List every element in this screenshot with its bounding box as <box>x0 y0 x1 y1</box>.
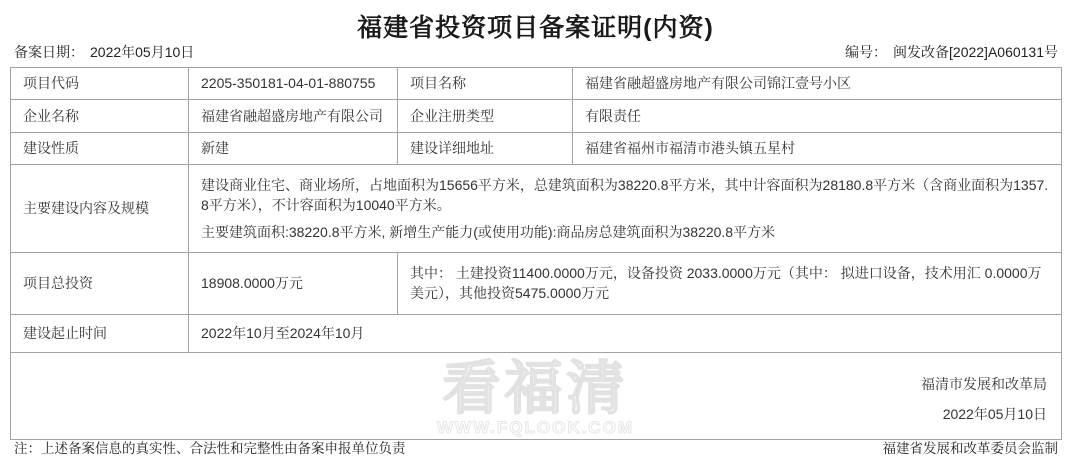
enterprise-type-label: 企业注册类型 <box>398 100 573 133</box>
certificate-number: 编号：闽发改备[2022]A060131号 <box>845 42 1058 62</box>
project-code-label: 项目代码 <box>11 68 189 100</box>
certificate-table: 项目代码 2205-350181-04-01-880755 项目名称 福建省融超… <box>10 67 1062 440</box>
table-row: 企业名称 福建省融超盛房地产有限公司 企业注册类型 有限责任 <box>11 100 1062 133</box>
footer-supervisor: 福建省发展和改革委员会监制 <box>883 437 1059 457</box>
certificate-number-label: 编号： <box>845 44 887 60</box>
table-row: 建设性质 新建 建设详细地址 福建省福州市福清市港头镇五星村 <box>11 133 1062 165</box>
construction-content-value: 建设商业住宅、商业场所，占地面积为15656平方米，总建筑面积为38220.8平… <box>189 165 1062 253</box>
construction-content-paragraph-1: 建设商业住宅、商业场所，占地面积为15656平方米，总建筑面积为38220.8平… <box>201 175 1051 216</box>
filing-date-label: 备案日期： <box>14 44 84 60</box>
signature-cell: 福清市发展和改革局 2022年05月10日 <box>11 352 1062 439</box>
footer-note: 注：上述备案信息的真实性、合法性和完整性由备案申报单位负责 <box>14 437 406 457</box>
enterprise-name-label: 企业名称 <box>11 100 189 133</box>
page-title: 福建省投资项目备案证明(内资) <box>0 8 1071 44</box>
header-meta-row: 备案日期：2022年05月10日 编号：闽发改备[2022]A060131号 <box>14 42 1058 62</box>
issuing-authority: 福清市发展和改革局 <box>23 369 1047 399</box>
certificate-number-value: 闽发改备[2022]A060131号 <box>893 44 1058 60</box>
construction-address-label: 建设详细地址 <box>398 133 573 165</box>
construction-content-paragraph-2: 主要建筑面积:38220.8平方米, 新增生产能力(或使用功能):商品房总建筑面… <box>201 222 1051 242</box>
issue-date: 2022年05月10日 <box>23 399 1047 429</box>
project-name-label: 项目名称 <box>398 68 573 100</box>
project-name-value: 福建省融超盛房地产有限公司锦江壹号小区 <box>573 68 1062 100</box>
project-code-value: 2205-350181-04-01-880755 <box>189 68 398 100</box>
construction-content-label: 主要建设内容及规模 <box>11 165 189 253</box>
table-row: 主要建设内容及规模 建设商业住宅、商业场所，占地面积为15656平方米，总建筑面… <box>11 165 1062 253</box>
enterprise-type-value: 有限责任 <box>573 100 1062 133</box>
total-investment-value: 18908.0000万元 <box>189 252 398 314</box>
construction-address-value: 福建省福州市福清市港头镇五星村 <box>573 133 1062 165</box>
construction-period-value: 2022年10月至2024年10月 <box>189 314 1062 352</box>
enterprise-name-value: 福建省融超盛房地产有限公司 <box>189 100 398 133</box>
filing-date: 备案日期：2022年05月10日 <box>14 42 194 62</box>
table-row: 项目总投资 18908.0000万元 其中： 土建投资11400.0000万元，… <box>11 252 1062 314</box>
table-row: 建设起止时间 2022年10月至2024年10月 <box>11 314 1062 352</box>
construction-nature-value: 新建 <box>189 133 398 165</box>
footer-row: 注：上述备案信息的真实性、合法性和完整性由备案申报单位负责 福建省发展和改革委员… <box>14 437 1058 457</box>
investment-breakdown: 其中： 土建投资11400.0000万元，设备投资 2033.0000万元（其中… <box>398 252 1062 314</box>
filing-date-value: 2022年05月10日 <box>90 44 194 60</box>
table-row: 项目代码 2205-350181-04-01-880755 项目名称 福建省融超… <box>11 68 1062 100</box>
certificate-page: 福建省投资项目备案证明(内资) 备案日期：2022年05月10日 编号：闽发改备… <box>0 0 1071 460</box>
construction-period-label: 建设起止时间 <box>11 314 189 352</box>
total-investment-label: 项目总投资 <box>11 252 189 314</box>
construction-nature-label: 建设性质 <box>11 133 189 165</box>
table-row: 福清市发展和改革局 2022年05月10日 <box>11 352 1062 439</box>
